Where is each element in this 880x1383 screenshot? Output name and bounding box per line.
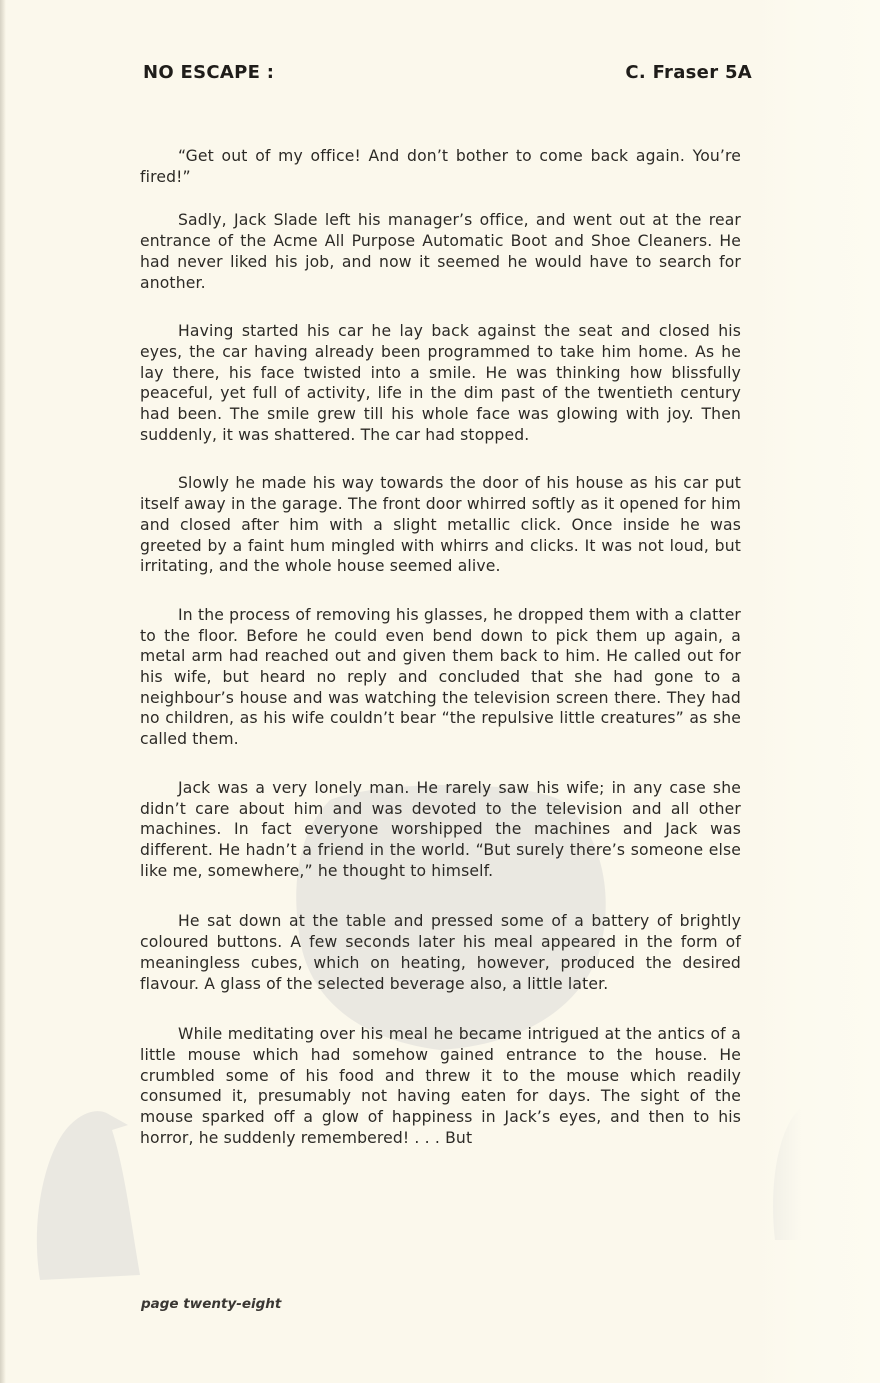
page-number: page twenty-eight (141, 1296, 281, 1312)
penguin-left-silhouette (37, 1111, 140, 1280)
paragraph: “Get out of my office! And don’t bother … (140, 146, 741, 187)
paragraph: Slowly he made his way towards the door … (140, 473, 741, 577)
page-binding-edge (0, 0, 6, 1383)
paragraph: While meditating over his meal he became… (140, 1024, 741, 1148)
story-body: “Get out of my office! And don’t bother … (140, 146, 741, 1148)
story-header: NO ESCAPE : C. Fraser 5A (143, 62, 752, 83)
paragraph: Jack was a very lonely man. He rarely sa… (140, 778, 741, 882)
story-author: C. Fraser 5A (625, 62, 752, 83)
paragraph: He sat down at the table and pressed som… (140, 911, 741, 994)
story-title: NO ESCAPE : (143, 62, 274, 83)
page-right-edge (750, 0, 880, 1383)
paragraph: Having started his car he lay back again… (140, 321, 741, 445)
paragraph: In the process of removing his glasses, … (140, 605, 741, 750)
paragraph: Sadly, Jack Slade left his manager’s off… (140, 210, 741, 293)
